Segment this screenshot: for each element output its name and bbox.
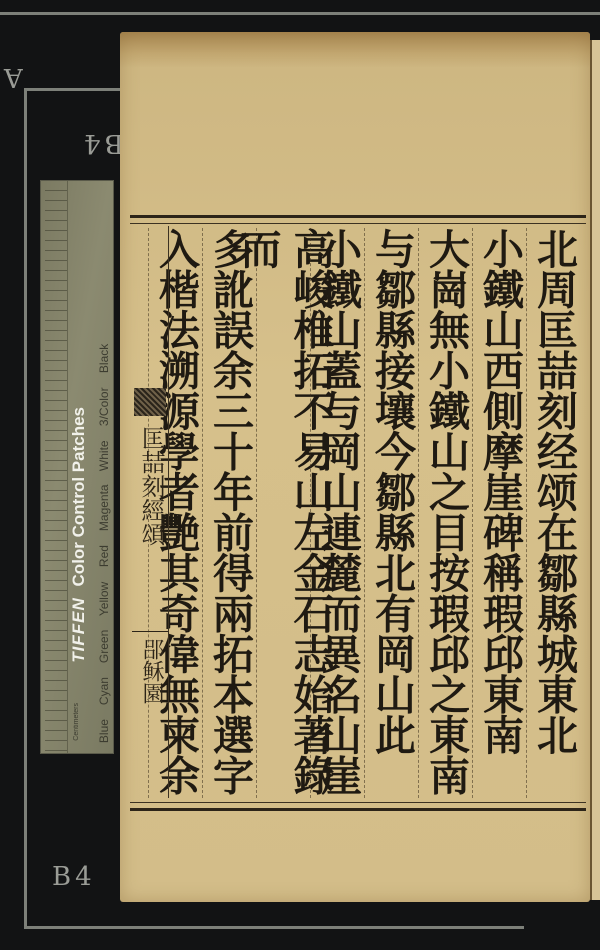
centimeter-ruler <box>45 181 68 753</box>
frame-line-top <box>0 12 600 15</box>
patch-black: Black <box>97 344 111 373</box>
column-text: 小鐵山蓋与岡山連麓而異名山崖 <box>311 228 364 798</box>
border-inner-top <box>130 223 586 224</box>
border-inner-bottom <box>130 802 586 803</box>
text-column-3: 大崗無小鐵山之目按瑕邱之東南 <box>418 228 472 798</box>
frame-label-a: A <box>0 62 23 92</box>
color-control-strip: Centimeters TIFFEN Color Control Patches… <box>40 180 114 754</box>
strip-title-text: Color Control Patches <box>69 407 88 586</box>
patch-cyan: Cyan <box>97 677 111 705</box>
patch-white: White <box>97 440 111 471</box>
patch-labels: Blue Cyan Green Yellow Red Magenta White… <box>97 344 111 743</box>
page-margin: 匡喆刻經頌 郘稣園 <box>132 226 169 798</box>
text-column-4: 与鄒縣接壤今鄒縣北有岡山此 <box>364 228 418 798</box>
column-text: 小鐵山西側摩崖碑稱瑕邱東南 <box>473 228 526 798</box>
text-column-6: 高峻椎拓不易山左金石志始著錄而 <box>256 228 310 798</box>
margin-separator <box>132 631 168 632</box>
frame-label-b4-lower: B4 <box>52 862 96 892</box>
patch-magenta: Magenta <box>97 485 111 532</box>
text-block: 北周匡喆刻经颂在鄒縣城東北 小鐵山西側摩崖碑稱瑕邱東南 大崗無小鐵山之目按瑕邱之… <box>130 215 586 811</box>
patch-red: Red <box>97 545 111 567</box>
book-page: 北周匡喆刻经颂在鄒縣城東北 小鐵山西側摩崖碑稱瑕邱東南 大崗無小鐵山之目按瑕邱之… <box>120 32 590 902</box>
column-text: 大崗無小鐵山之目按瑕邱之東南 <box>419 228 472 798</box>
margin-title: 匡喆刻經頌 <box>136 426 166 546</box>
strip-title: TIFFEN Color Control Patches <box>69 407 89 663</box>
patch-green: Green <box>97 630 111 663</box>
column-text: 与鄒縣接壤今鄒縣北有岡山此 <box>365 228 418 798</box>
text-columns: 北周匡喆刻经颂在鄒縣城東北 小鐵山西側摩崖碑稱瑕邱東南 大崗無小鐵山之目按瑕邱之… <box>148 228 580 798</box>
text-column-1: 北周匡喆刻经颂在鄒縣城東北 <box>526 228 580 798</box>
column-text: 北周匡喆刻经颂在鄒縣城東北 <box>527 228 580 798</box>
frame-line-bottom <box>24 926 524 929</box>
frame-label-b4-upper: B4 <box>80 128 124 158</box>
text-column-5: 小鐵山蓋与岡山連麓而異名山崖 <box>310 228 364 798</box>
patch-blue: Blue <box>97 719 111 743</box>
margin-owner: 郘稣園 <box>136 638 166 704</box>
water-stain <box>120 32 590 68</box>
patch-yellow: Yellow <box>97 581 111 615</box>
frame-line-left-outer <box>24 88 27 928</box>
patch-3color: 3/Color <box>97 387 111 426</box>
brand-logo: TIFFEN <box>69 598 88 664</box>
scale-label: Centimeters <box>73 703 80 741</box>
fishtail-mark <box>134 388 166 416</box>
next-page-edge <box>590 40 600 900</box>
text-column-2: 小鐵山西側摩崖碑稱瑕邱東南 <box>472 228 526 798</box>
